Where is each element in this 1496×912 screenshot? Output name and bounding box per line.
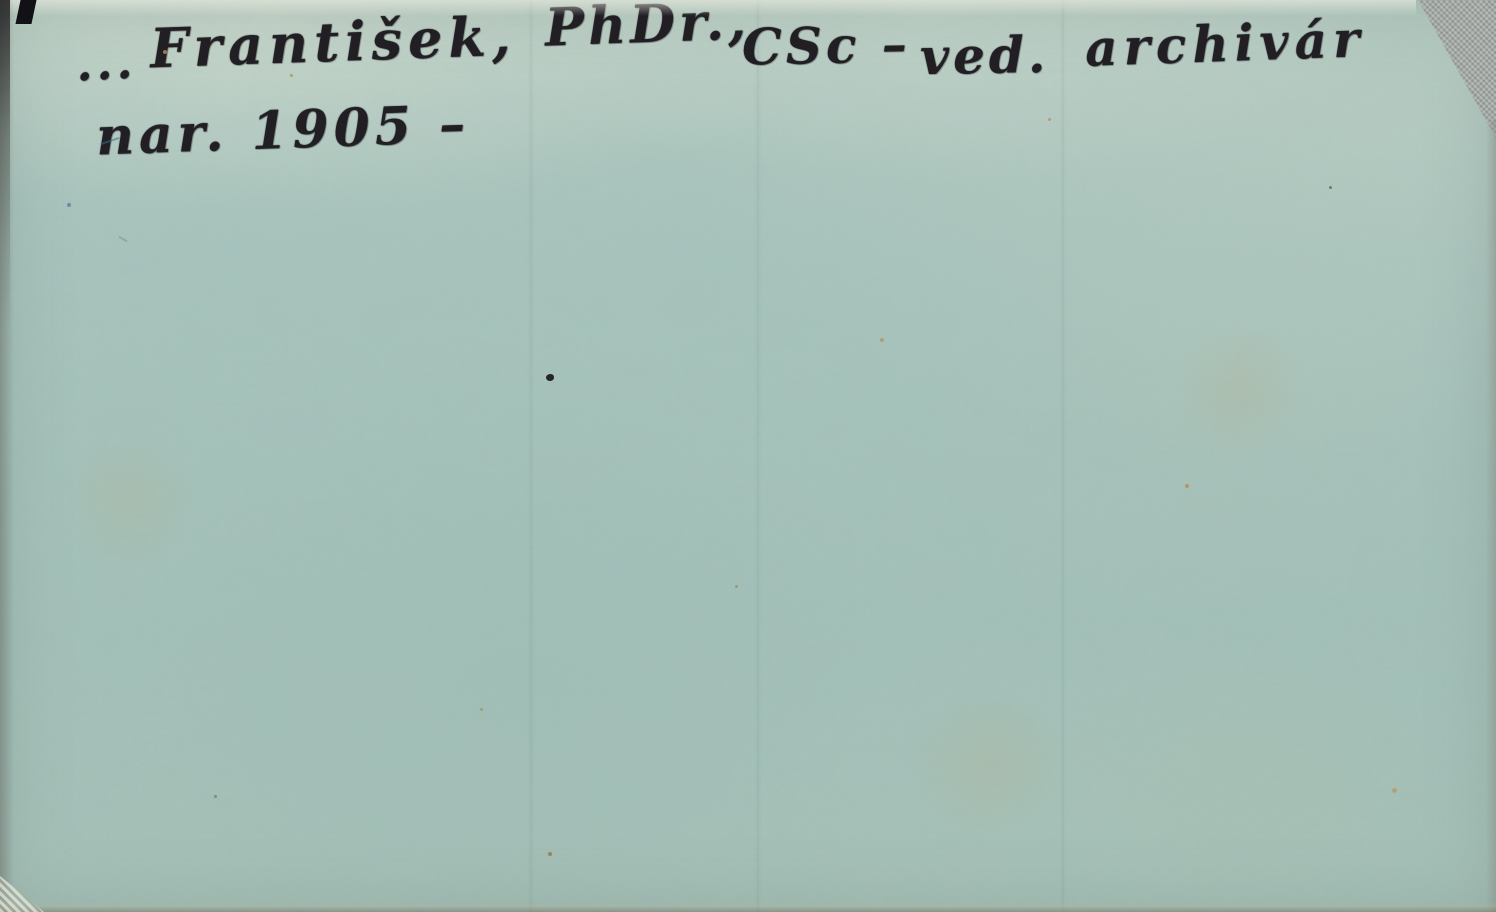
handwritten-occupation-ved: ved. xyxy=(919,25,1049,86)
paper-stain xyxy=(1160,330,1320,450)
foxing-speck xyxy=(214,795,217,798)
foxing-speck xyxy=(1329,186,1332,189)
handwritten-ellipsis: ... xyxy=(75,34,138,91)
foxing-speck xyxy=(1048,118,1051,121)
scan-edge-right xyxy=(1486,120,1496,912)
foxing-speck xyxy=(548,852,552,856)
handwritten-occupation-archivar: archivár xyxy=(1084,9,1366,78)
handwritten-birth-year: nar. 1905 – xyxy=(95,93,471,167)
foxing-speck xyxy=(290,74,293,77)
fold-line xyxy=(757,0,759,912)
scan-edge-bottom xyxy=(0,902,1496,912)
ink-speck xyxy=(546,374,554,381)
foxing-speck xyxy=(163,50,167,54)
scan-edge-top xyxy=(0,0,1416,16)
fiber-speck xyxy=(67,203,71,207)
paper-stain xyxy=(60,430,200,570)
foxing-speck xyxy=(1185,484,1189,488)
foxing-speck xyxy=(735,585,738,588)
foxing-speck xyxy=(880,338,884,342)
scan-edge-left-shadow xyxy=(0,0,10,330)
handwritten-title-csc: CSc – xyxy=(741,15,911,77)
foxing-speck xyxy=(1392,788,1397,793)
paper-stain xyxy=(900,700,1080,830)
foxing-speck xyxy=(480,708,483,711)
scanned-index-card: ... František, PhDr., CSc – ved. archivá… xyxy=(0,0,1496,912)
fold-line xyxy=(530,0,532,912)
